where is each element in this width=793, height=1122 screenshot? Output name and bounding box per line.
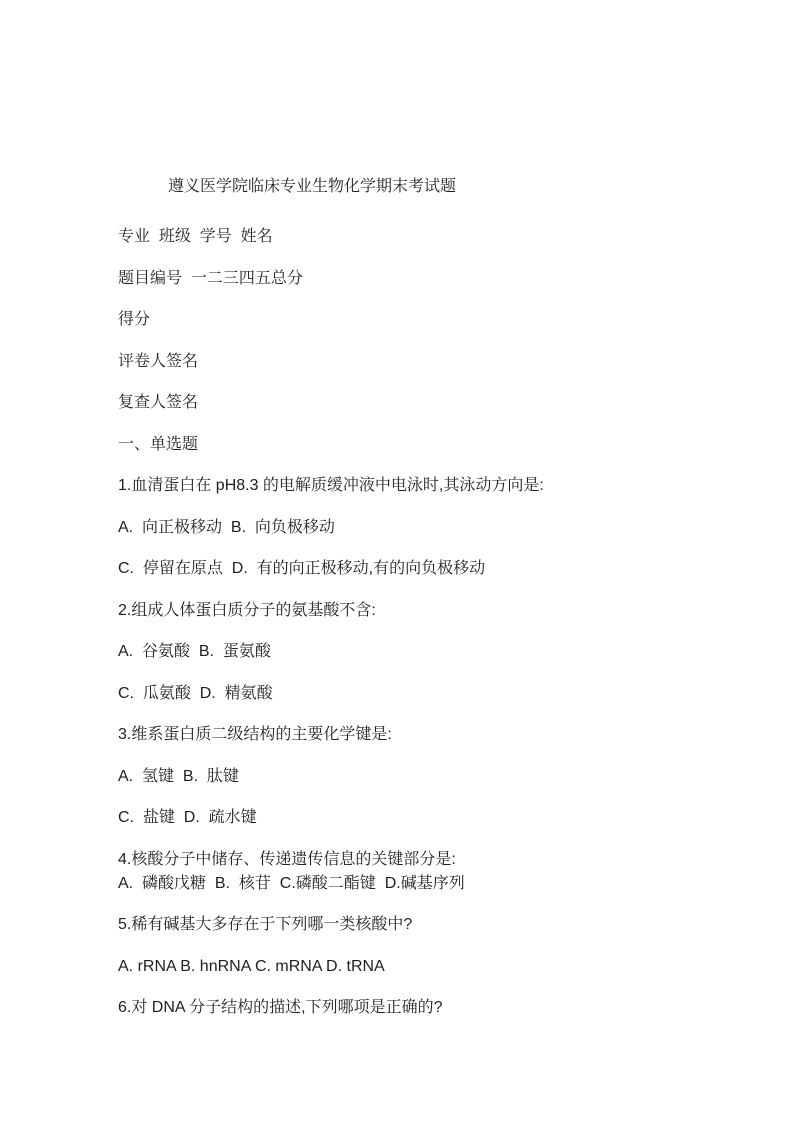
question-4-stem: 4.核酸分子中储存、传递遗传信息的关键部分是: [118,849,713,871]
question-5-options: A. rRNA B. hnRNA C. mRNA D. tRNA [118,956,713,978]
question-3-options-cd: C. 盐键 D. 疏水键 [118,807,713,829]
section-heading: 一、单选题 [118,434,713,456]
score-label: 得分 [118,309,713,331]
question-3-options-ab: A. 氢键 B. 肽键 [118,766,713,788]
question-1-options-ab: A. 向正极移动 B. 向负极移动 [118,517,713,539]
student-info-line: 专业 班级 学号 姓名 [118,226,713,248]
question-1-options-cd: C. 停留在原点 D. 有的向正极移动,有的向负极移动 [118,558,713,580]
grader-signature-label: 评卷人签名 [118,351,713,373]
reviewer-signature-label: 复查人签名 [118,392,713,414]
question-4-options: A. 磷酸戊糖 B. 核苷 C.磷酸二酯键 D.碱基序列 [118,873,713,895]
question-2-stem: 2.组成人体蛋白质分子的氨基酸不含: [118,600,713,622]
question-5-stem: 5.稀有碱基大多存在于下列哪一类核酸中? [118,914,713,936]
score-table-header: 题目编号 一二三四五总分 [118,268,713,290]
question-2-options-ab: A. 谷氨酸 B. 蛋氨酸 [118,641,713,663]
question-3-stem: 3.维系蛋白质二级结构的主要化学键是: [118,724,713,746]
document-title: 遵义医学院临床专业生物化学期末考试题 [118,176,713,198]
question-1-stem: 1.血清蛋白在 pH8.3 的电解质缓冲液中电泳时,其泳动方向是: [118,475,713,497]
question-2-options-cd: C. 瓜氨酸 D. 精氨酸 [118,683,713,705]
exam-document-page: 遵义医学院临床专业生物化学期末考试题 专业 班级 学号 姓名 题目编号 一二三四… [0,0,793,1122]
question-6-stem: 6.对 DNA 分子结构的描述,下列哪项是正确的? [118,997,713,1019]
